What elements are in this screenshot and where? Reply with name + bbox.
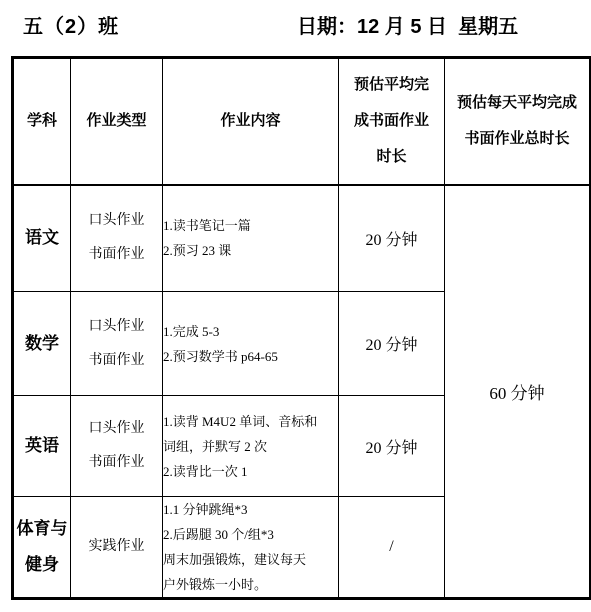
subject-cell: 语文: [13, 185, 71, 292]
homework-content-cell: 1.完成 5-3 2.预习数学书 p64-65: [163, 292, 339, 396]
col-header-homework-type: 作业类型: [71, 58, 163, 185]
col-header-homework-content: 作业内容: [163, 58, 339, 185]
homework-type-cell: 口头作业 书面作业: [71, 396, 163, 497]
col-header-subject: 学科: [13, 58, 71, 185]
homework-type-cell: 口头作业 书面作业: [71, 185, 163, 292]
col-header-estimated-duration: 预估平均完 成书面作业 时长: [339, 58, 445, 185]
duration-cell: 20 分钟: [339, 185, 445, 292]
homework-type-cell: 实践作业: [71, 497, 163, 599]
subject-cell: 数学: [13, 292, 71, 396]
homework-content-cell: 1.1 分钟跳绳*3 2.后踢腿 30 个/组*3 周末加强锻炼，建议每天 户外…: [163, 497, 339, 599]
daily-total-cell: 60 分钟: [445, 185, 591, 599]
date-label: 日期：12 月 5 日 星期五: [297, 10, 518, 39]
homework-notice-page: 五（2）班 日期：12 月 5 日 星期五 学科 作业类型 作业内容 预估平均完…: [0, 0, 591, 612]
homework-table: 学科 作业类型 作业内容 预估平均完 成书面作业 时长 预估每天平均完成 书面作…: [11, 56, 591, 600]
subject-cell: 体育与 健身: [13, 497, 71, 599]
duration-cell: 20 分钟: [339, 396, 445, 497]
duration-cell: /: [339, 497, 445, 599]
homework-content-cell: 1.读背 M4U2 单词、音标和 词组，并默写 2 次 2.读背比一次 1: [163, 396, 339, 497]
table-row-chinese: 语文 口头作业 书面作业 1.读书笔记一篇 2.预习 23 课 20 分钟 60…: [13, 185, 591, 292]
subject-cell: 英语: [13, 396, 71, 497]
title-bar: 五（2）班 日期：12 月 5 日 星期五: [0, 0, 591, 56]
col-header-daily-total-duration: 预估每天平均完成 书面作业总时长: [445, 58, 591, 185]
header-row: 学科 作业类型 作业内容 预估平均完 成书面作业 时长 预估每天平均完成 书面作…: [13, 58, 591, 185]
homework-content-cell: 1.读书笔记一篇 2.预习 23 课: [163, 185, 339, 292]
duration-cell: 20 分钟: [339, 292, 445, 396]
class-name: 五（2）班: [23, 10, 119, 39]
homework-type-cell: 口头作业 书面作业: [71, 292, 163, 396]
